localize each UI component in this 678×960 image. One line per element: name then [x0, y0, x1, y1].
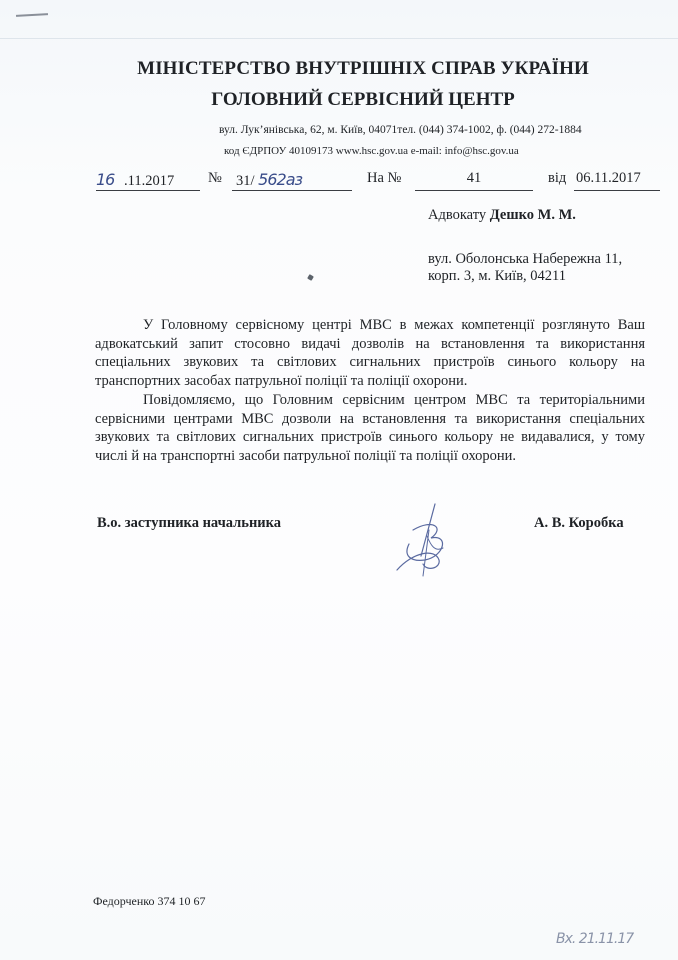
number-label: №	[208, 170, 222, 187]
body-paragraph-2: Повідомляємо, що Головним сервісним цент…	[95, 391, 645, 466]
signatory-name: А. В. Коробка	[534, 515, 624, 532]
incoming-mark-text: Вх. 21.11.17	[556, 931, 633, 947]
staple-mark	[16, 13, 48, 17]
reply-date-field: 06.11.2017	[574, 170, 660, 191]
incoming-registration-mark: Вх. 21.11.17	[556, 928, 633, 947]
outgoing-number-field: 31/ 562аз	[232, 170, 352, 191]
body-paragraph-1: У Головному сервісному центрі МВС в межа…	[95, 316, 645, 391]
ministry-heading: МІНІСТЕРСТВО ВНУТРІШНІХ СПРАВ УКРАЇНИ	[0, 58, 678, 80]
scan-speck	[307, 274, 314, 281]
service-center-heading: ГОЛОВНИЙ СЕРВІСНИЙ ЦЕНТР	[0, 89, 678, 111]
outgoing-date-field: 16 .11.2017	[96, 170, 200, 191]
letterhead-codes: код ЄДРПОУ 40109173 www.hsc.gov.ua e-mai…	[224, 145, 519, 157]
handwritten-day: 16	[96, 170, 114, 189]
reply-label: На №	[367, 170, 401, 187]
scanned-letter-page: МІНІСТЕРСТВО ВНУТРІШНІХ СПРАВ УКРАЇНИ ГО…	[0, 0, 678, 960]
recipient-address-line-1: вул. Оболонська Набережна 11,	[428, 251, 622, 268]
recipient-title: Адвокату	[428, 207, 490, 223]
fold-line	[0, 38, 678, 39]
recipient-address-line-2: корп. 3, м. Київ, 04211	[428, 268, 566, 285]
letterhead-address: вул. Лук’янівська, 62, м. Київ, 04071тел…	[219, 124, 582, 136]
reply-date: 06.11.2017	[576, 170, 641, 186]
recipient-line: Адвокату Дешко М. М.	[428, 207, 576, 224]
from-label: від	[548, 170, 566, 187]
recipient-name: Дешко М. М.	[490, 207, 576, 223]
signatory-position: В.о. заступника начальника	[97, 515, 281, 532]
handwritten-signature-icon	[383, 500, 483, 580]
reply-number: 41	[467, 170, 482, 186]
reply-number-field: 41	[415, 170, 533, 191]
paragraph-1-text: У Головному сервісному центрі МВС в межа…	[95, 316, 645, 391]
executor-contact: Федорченко 374 10 67	[93, 894, 205, 909]
paragraph-2-text: Повідомляємо, що Головним сервісним цент…	[95, 391, 645, 466]
handwritten-number: 562аз	[258, 170, 302, 189]
number-prefix: 31/	[236, 173, 255, 189]
outgoing-date-rest: .11.2017	[124, 173, 174, 189]
